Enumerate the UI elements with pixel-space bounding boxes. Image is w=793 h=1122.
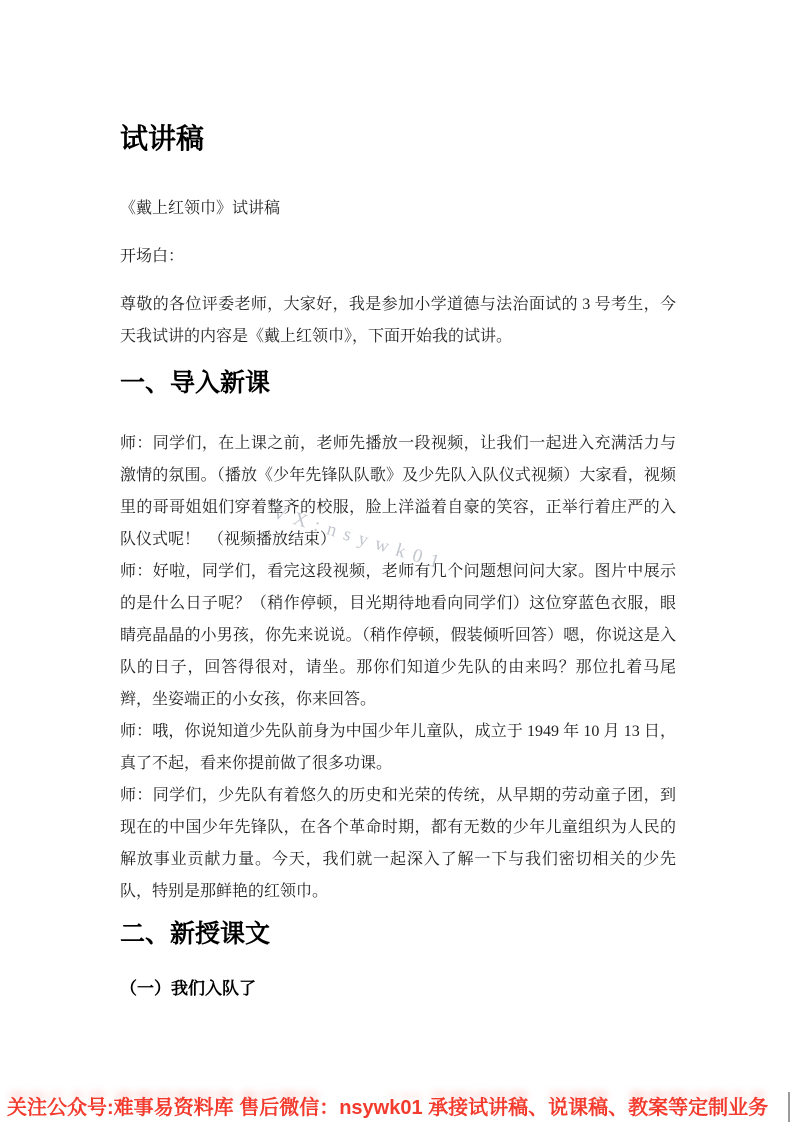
document-content: 试讲稿 《戴上红领巾》试讲稿 开场白： 尊敬的各位评委老师，大家好，我是参加小学… [120, 122, 676, 1000]
promo-footer-text: 关注公众号:难事易资料库 售后微信：nsywk01 承接试讲稿、说课稿、教案等定… [7, 1096, 787, 1120]
teacher-paragraph: 师：哦，你说知道少先队前身为中国少年儿童队，成立于 1949 年 10 月 13… [120, 716, 676, 780]
opening-paragraph: 尊敬的各位评委老师，大家好，我是参加小学道德与法治面试的 3 号考生，今天我试讲… [120, 289, 676, 353]
section-heading-2: 二、新授课文 [120, 920, 676, 950]
teacher-paragraph: 师：同学们，少先队有着悠久的历史和光荣的传统，从早期的劳动童子团，到现在的中国少… [120, 780, 676, 908]
section-1-body: 师：同学们，在上课之前，老师先播放一段视频，让我们一起进入充满活力与激情的氛围。… [120, 428, 676, 908]
teacher-paragraph: 师：好啦，同学们，看完这段视频，老师有几个问题想问问大家。图片中展示的是什么日子… [120, 556, 676, 716]
sub-heading: （一）我们入队了 [120, 978, 676, 1000]
section-heading-1: 一、导入新课 [120, 369, 676, 399]
teacher-paragraph: 师：同学们，在上课之前，老师先播放一段视频，让我们一起进入充满活力与激情的氛围。… [120, 428, 676, 556]
page-title: 试讲稿 [120, 122, 676, 158]
document-page: VX:nsywk01 试讲稿 《戴上红领巾》试讲稿 开场白： 尊敬的各位评委老师… [0, 0, 793, 1122]
doc-subtitle: 《戴上红领巾》试讲稿 [120, 198, 676, 220]
promo-footer: 关注公众号:难事易资料库 售后微信：nsywk01 承接试讲稿、说课稿、教案等定… [0, 1088, 793, 1122]
page-edge-line [788, 1092, 790, 1122]
opening-label: 开场白： [120, 246, 676, 268]
